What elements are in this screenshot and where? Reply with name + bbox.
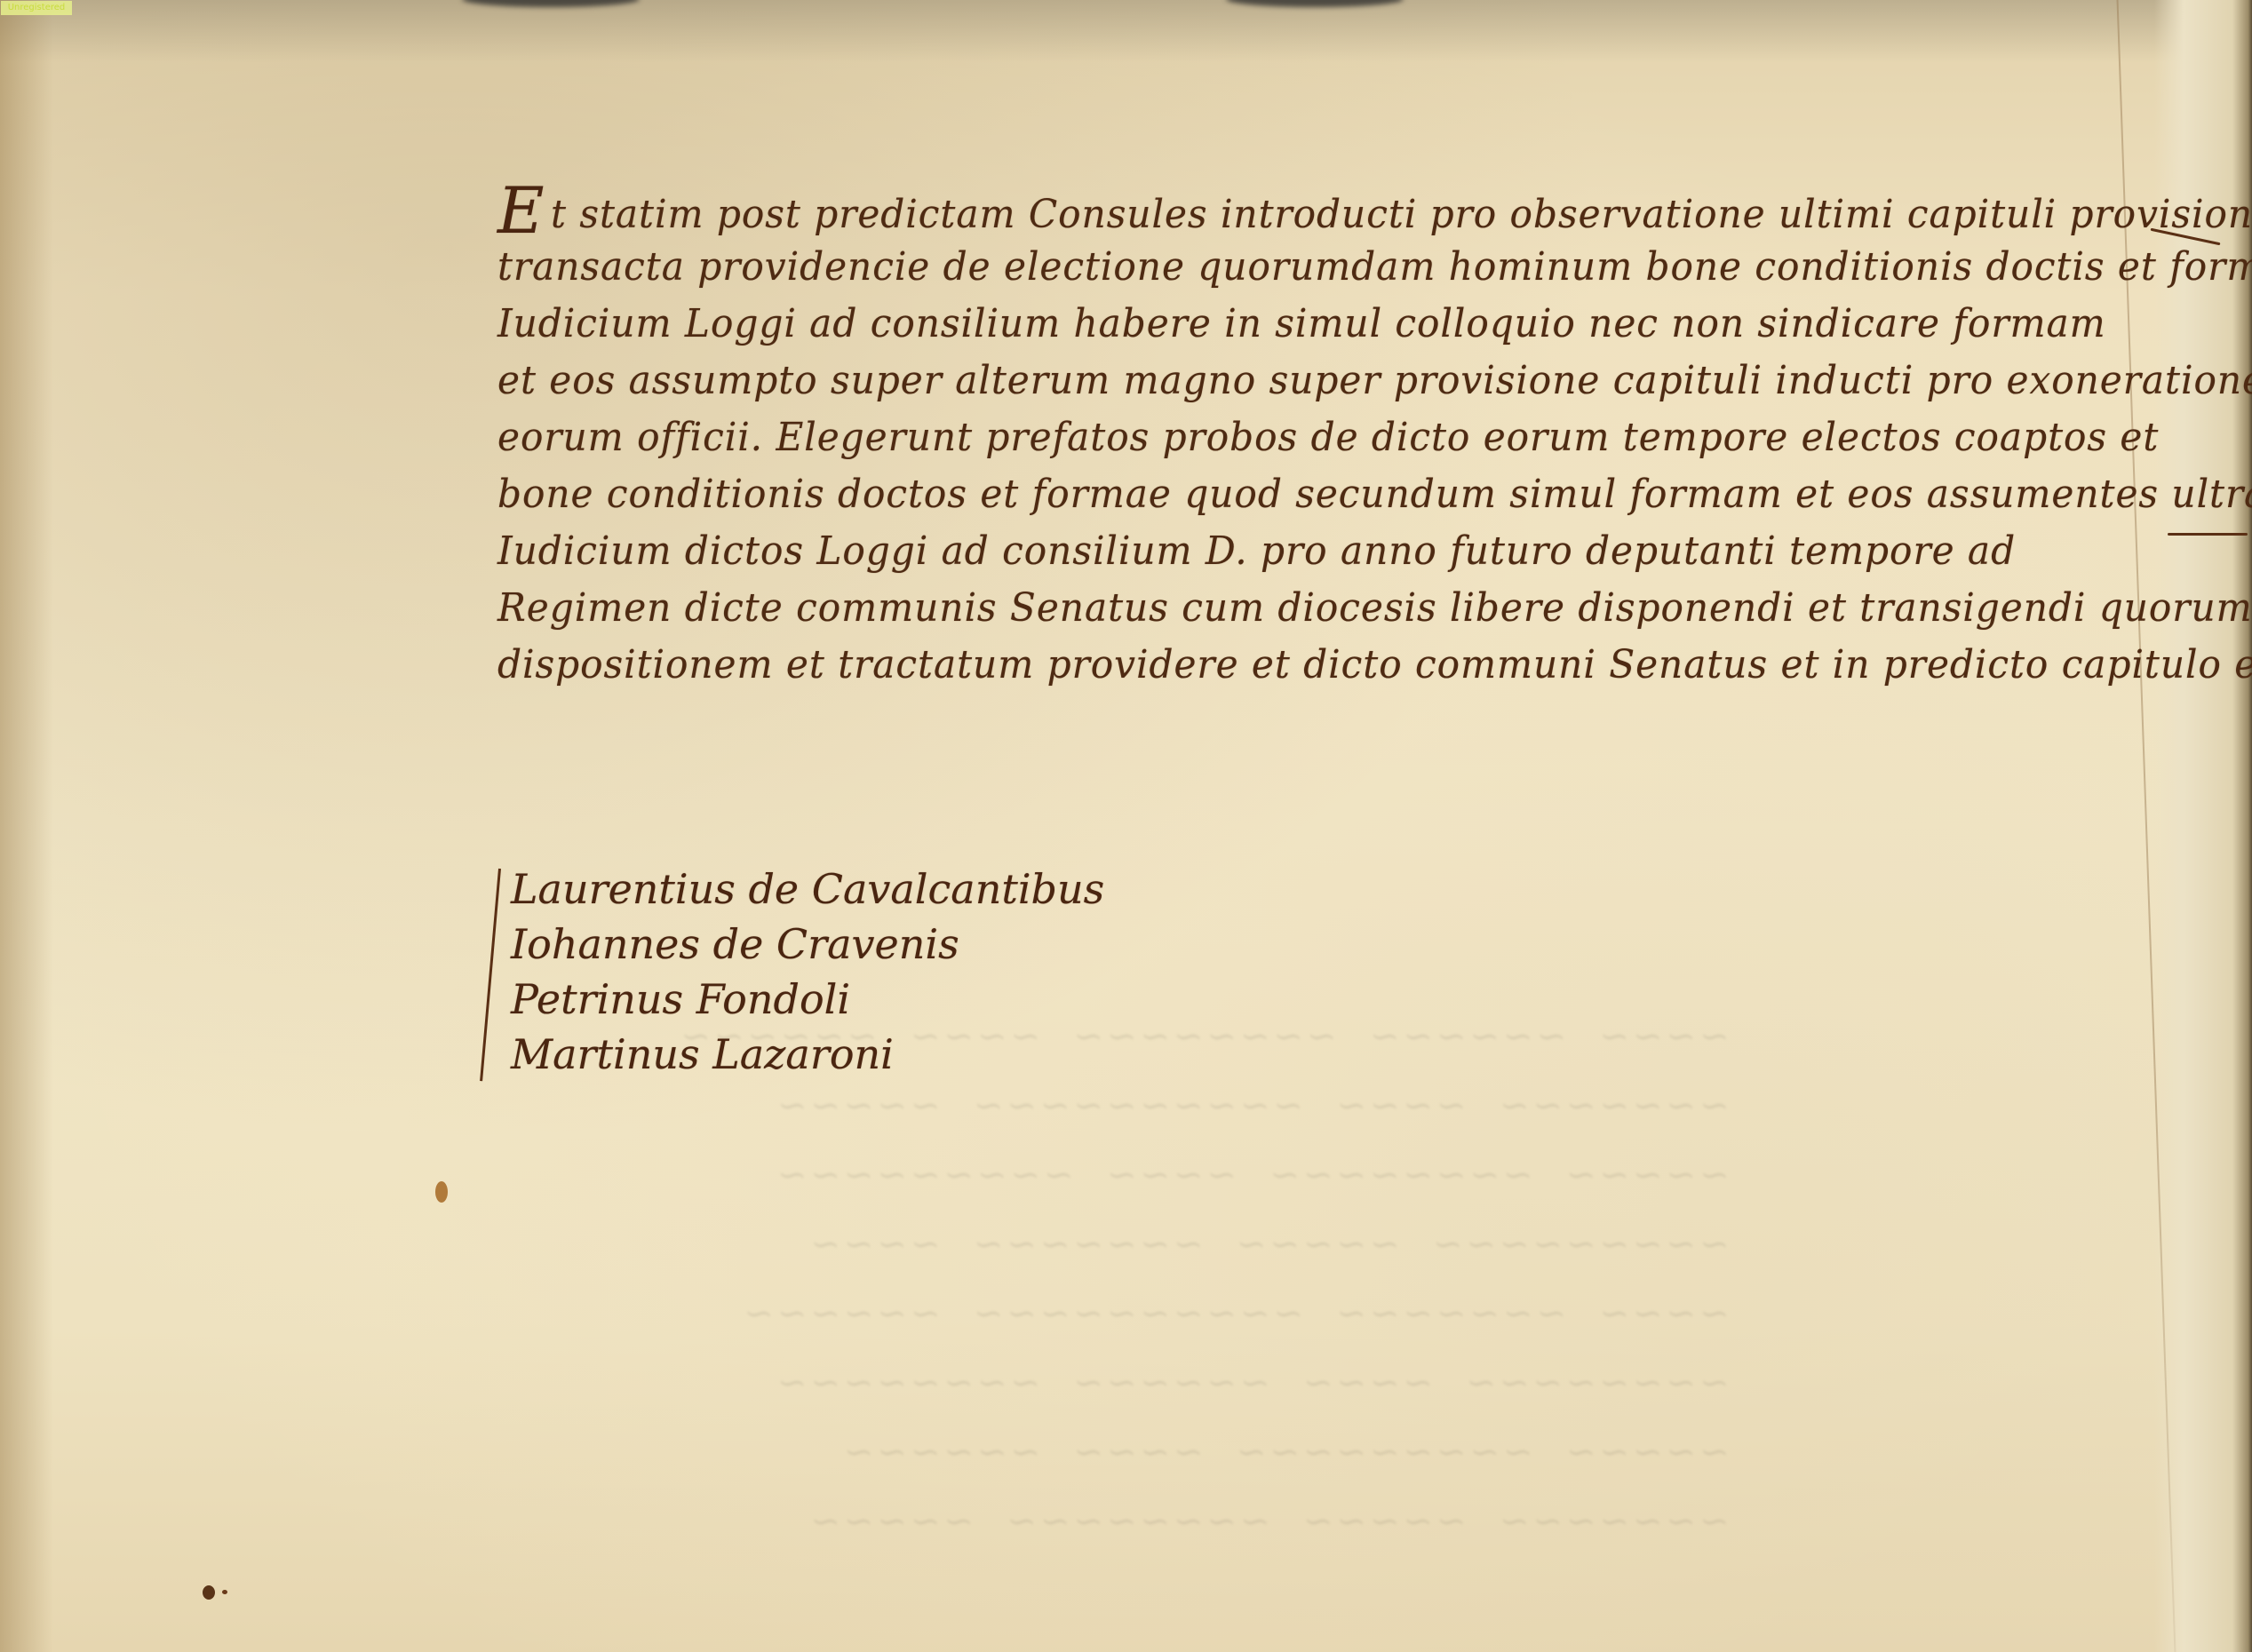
signature: Iohannes de Cravenis bbox=[511, 917, 1104, 972]
line-end-flourish bbox=[2168, 533, 2248, 536]
decorated-initial: E bbox=[497, 173, 545, 248]
manuscript-page: ~~~~ ~~~~~~ ~~~~~~~~ ~~~~ ~~~~~~ ~~~~~~~… bbox=[0, 0, 2252, 1652]
signatures-block: Laurentius de Cavalcantibus Iohannes de … bbox=[511, 862, 1104, 1082]
signature: Martinus Lazaroni bbox=[511, 1027, 1104, 1082]
page-top-edge bbox=[0, 0, 2252, 62]
line-text: eorum officii. Elegerunt prefatos probos… bbox=[497, 409, 2159, 466]
manuscript-line: dispositionem et tractatum providere et … bbox=[497, 637, 2185, 694]
ink-blot bbox=[209, 1590, 214, 1595]
manuscript-line: Regimen dicte communis Senatus cum dioce… bbox=[497, 580, 2185, 637]
manuscript-line: Iudicium dictos Loggi ad consilium D. pr… bbox=[497, 523, 2185, 580]
line-text: Iudicium dictos Loggi ad consilium D. pr… bbox=[497, 523, 2016, 580]
line-text: et eos assumpto super alterum magno supe… bbox=[497, 353, 2252, 409]
paper-stain bbox=[435, 1181, 448, 1203]
manuscript-line: et eos assumpto super alterum magno supe… bbox=[497, 353, 2185, 409]
manuscript-line: eorum officii. Elegerunt prefatos probos… bbox=[497, 409, 2185, 466]
line-text: Regimen dicte communis Senatus cum dioce… bbox=[497, 580, 2252, 637]
line-text: t statim post predictam Consules introdu… bbox=[551, 187, 2252, 243]
line-text: Iudicium Loggi ad consilium habere in si… bbox=[497, 296, 2106, 353]
scan-watermark-label: Unregistered bbox=[1, 1, 72, 15]
manuscript-line: Iudicium Loggi ad consilium habere in si… bbox=[497, 296, 2185, 353]
ink-blot bbox=[222, 1590, 227, 1594]
signature: Laurentius de Cavalcantibus bbox=[511, 862, 1104, 917]
manuscript-line: transacta providencie de electione quoru… bbox=[497, 239, 2185, 296]
line-text: bone conditionis doctos et formae quod s… bbox=[497, 466, 2252, 523]
signature: Petrinus Fondoli bbox=[511, 972, 1104, 1027]
page-left-edge bbox=[0, 0, 53, 1652]
line-text: dispositionem et tractatum providere et … bbox=[497, 637, 2252, 694]
manuscript-line: Et statim post predictam Consules introd… bbox=[497, 182, 2185, 239]
manuscript-line: bone conditionis doctos et formae quod s… bbox=[497, 466, 2185, 523]
line-text: transacta providencie de electione quoru… bbox=[497, 239, 2252, 296]
manuscript-text-block: Et statim post predictam Consules introd… bbox=[497, 182, 2185, 694]
